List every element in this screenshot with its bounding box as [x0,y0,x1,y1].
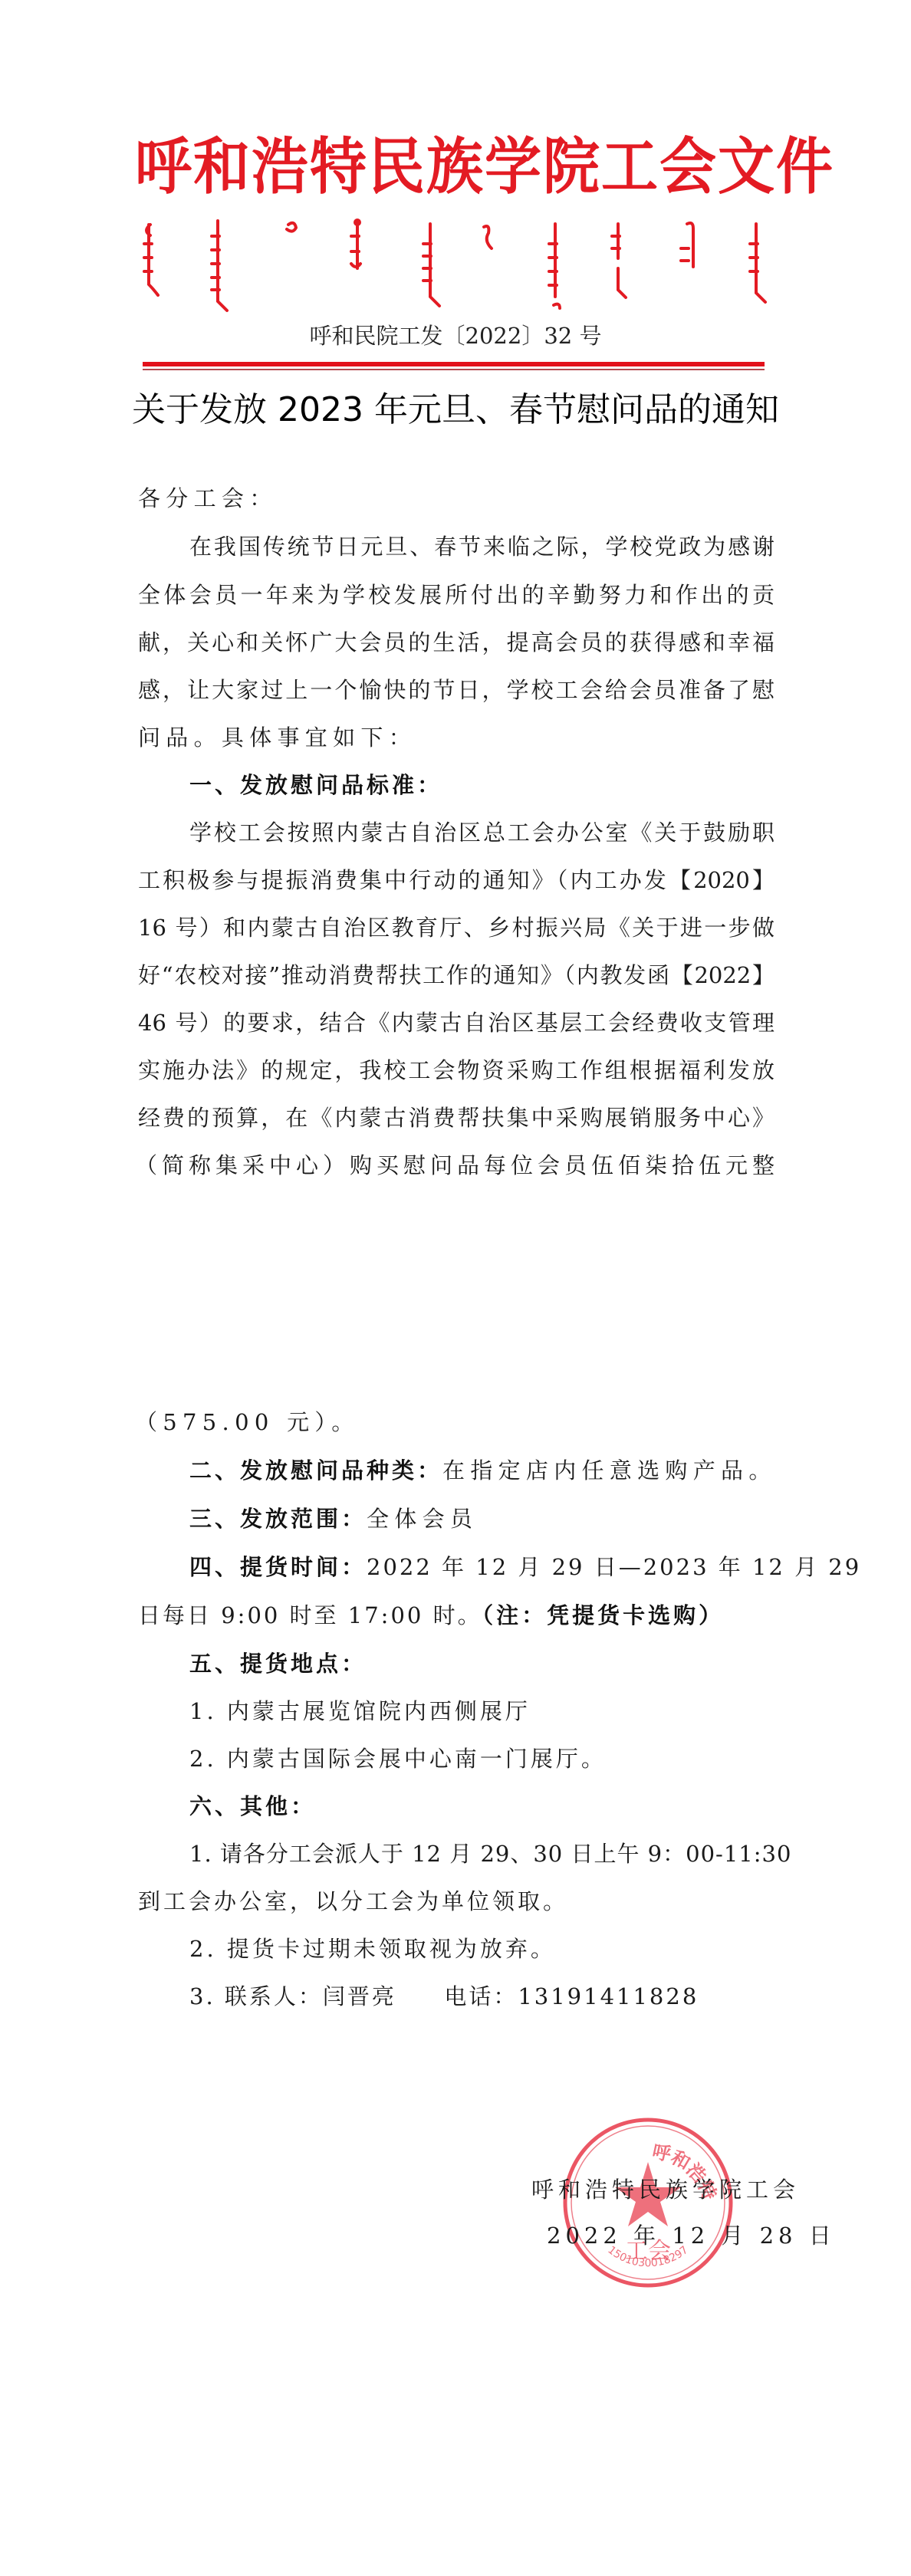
section3-text: 全体会员 [367,1506,478,1532]
other-item: 到工会办公室，以分工会为单位领取。 [138,1886,775,1917]
signature-org: 呼和浩特民族学院工会 [531,2174,800,2205]
section1-line: （简称集采中心）购买慰问品每位会员伍佰柒拾伍元整 [135,1150,775,1181]
section1-line: 经费的预算，在《内蒙古消费帮扶集中采购展销服务中心》 [138,1102,775,1133]
section2-text: 在指定店内任意选购产品。 [442,1457,777,1483]
section-2: 二、发放慰问品种类：在指定店内任意选购产品。 [189,1455,826,1486]
section-heading-2: 二、发放慰问品种类： [189,1457,442,1483]
mongolian-word-8 [612,224,626,297]
mongolian-word-4 [351,220,360,268]
section-heading-6: 六、其他： [189,1791,826,1822]
section1-line: 16 号）和内蒙古自治区教育厅、乡村振兴局《关于进一步做 [138,912,775,943]
mongolian-word-5 [423,224,439,306]
contact-line: 3. 联系人：闫晋亮 电话：13191411828 [189,1981,826,2012]
mongolian-subtitle [135,213,794,313]
salutation: 各分工会： [138,483,775,514]
contact-person: 3. 联系人：闫晋亮 [189,1983,396,2009]
section4-text: 2022 年 12 月 29 日—2023 年 12 月 29 [367,1554,861,1580]
intro-line: 在我国传统节日元旦、春节来临之际，学校党政为感谢 [189,531,775,562]
masthead-char: 浩 [252,126,310,209]
mongolian-word-2 [212,221,227,310]
masthead-char: 工 [601,126,659,209]
red-divider-thick [143,362,765,366]
masthead-char: 学 [485,126,543,209]
masthead-char: 件 [776,126,834,209]
mongolian-word-6 [484,226,492,248]
other-item: 2. 提货卡过期未领取视为放弃。 [189,1934,826,1964]
intro-line: 感，让大家过上一个愉快的节日，学校工会给会员准备了慰 [138,675,775,705]
section-4: 四、提货时间：2022 年 12 月 29 日—2023 年 12 月 29 [189,1552,826,1582]
masthead-char: 族 [426,126,485,209]
masthead-char: 特 [310,126,368,209]
masthead-char: 文 [718,126,776,209]
mongolian-word-1 [144,225,158,295]
mongolian-word-9 [681,223,693,267]
document-title: 关于发放 2023 年元旦、春节慰问品的通知 [0,387,911,433]
other-item: 1. 请各分工会派人于 12 月 29、30 日上午 9：00-11:30 [189,1838,826,1869]
mongolian-word-3 [287,223,296,232]
section-heading-5: 五、提货地点： [189,1648,826,1679]
section4-continuation: 日每日 9:00 时至 17:00 时。（注：凭提货卡选购） [138,1600,775,1631]
pickup-location: 2. 内蒙古国际会展中心南一门展厅。 [189,1743,826,1774]
section1-line: （575.00 元）。 [135,1407,771,1437]
contact-phone: 电话：13191411828 [444,1983,699,2009]
intro-line: 全体会员一年来为学校发展所付出的辛勤努力和作出的贡 [138,580,775,610]
section-3: 三、发放范围：全体会员 [189,1503,826,1534]
masthead-char: 和 [193,126,252,209]
intro-line: 献，关心和关怀广大会员的生活，提高会员的获得感和幸福 [138,627,775,658]
mongolian-word-7 [549,224,560,308]
section-heading-4: 四、提货时间： [189,1554,367,1580]
section4-note: （注：凭提货卡选购） [482,1602,725,1628]
document-number: 呼和民院工发〔2022〕32 号 [0,320,911,351]
masthead-title: 呼和浩特民族学院工会文件 [135,129,787,205]
section-heading-1: 一、发放慰问品标准： [189,770,826,800]
section1-line: 实施办法》的规定，我校工会物资采购工作组根据福利发放 [138,1055,775,1086]
masthead-char: 民 [368,126,426,209]
section1-line: 学校工会按照内蒙古自治区总工会办公室《关于鼓励职 [189,817,775,848]
section1-line: 好“农校对接”推动消费帮扶工作的通知》（内教发函【2022】 [138,960,775,991]
masthead-char: 会 [659,126,718,209]
pickup-location: 1. 内蒙古展览馆院内西侧展厅 [189,1696,826,1727]
masthead-char: 院 [543,126,601,209]
masthead-char: 呼 [135,126,193,209]
section-heading-3: 三、发放范围： [189,1506,367,1532]
signature-date: 2022 年 12 月 28 日 [547,2220,836,2251]
intro-line: 问品。具体事宜如下： [138,722,775,753]
section1-line: 46 号）的要求，结合《内蒙古自治区基层工会经费收支管理 [138,1007,775,1038]
red-divider-thin [143,369,765,370]
section1-line: 工积极参与提振消费集中行动的通知》（内工办发【2020】 [138,865,775,895]
mongolian-word-10 [750,224,765,302]
